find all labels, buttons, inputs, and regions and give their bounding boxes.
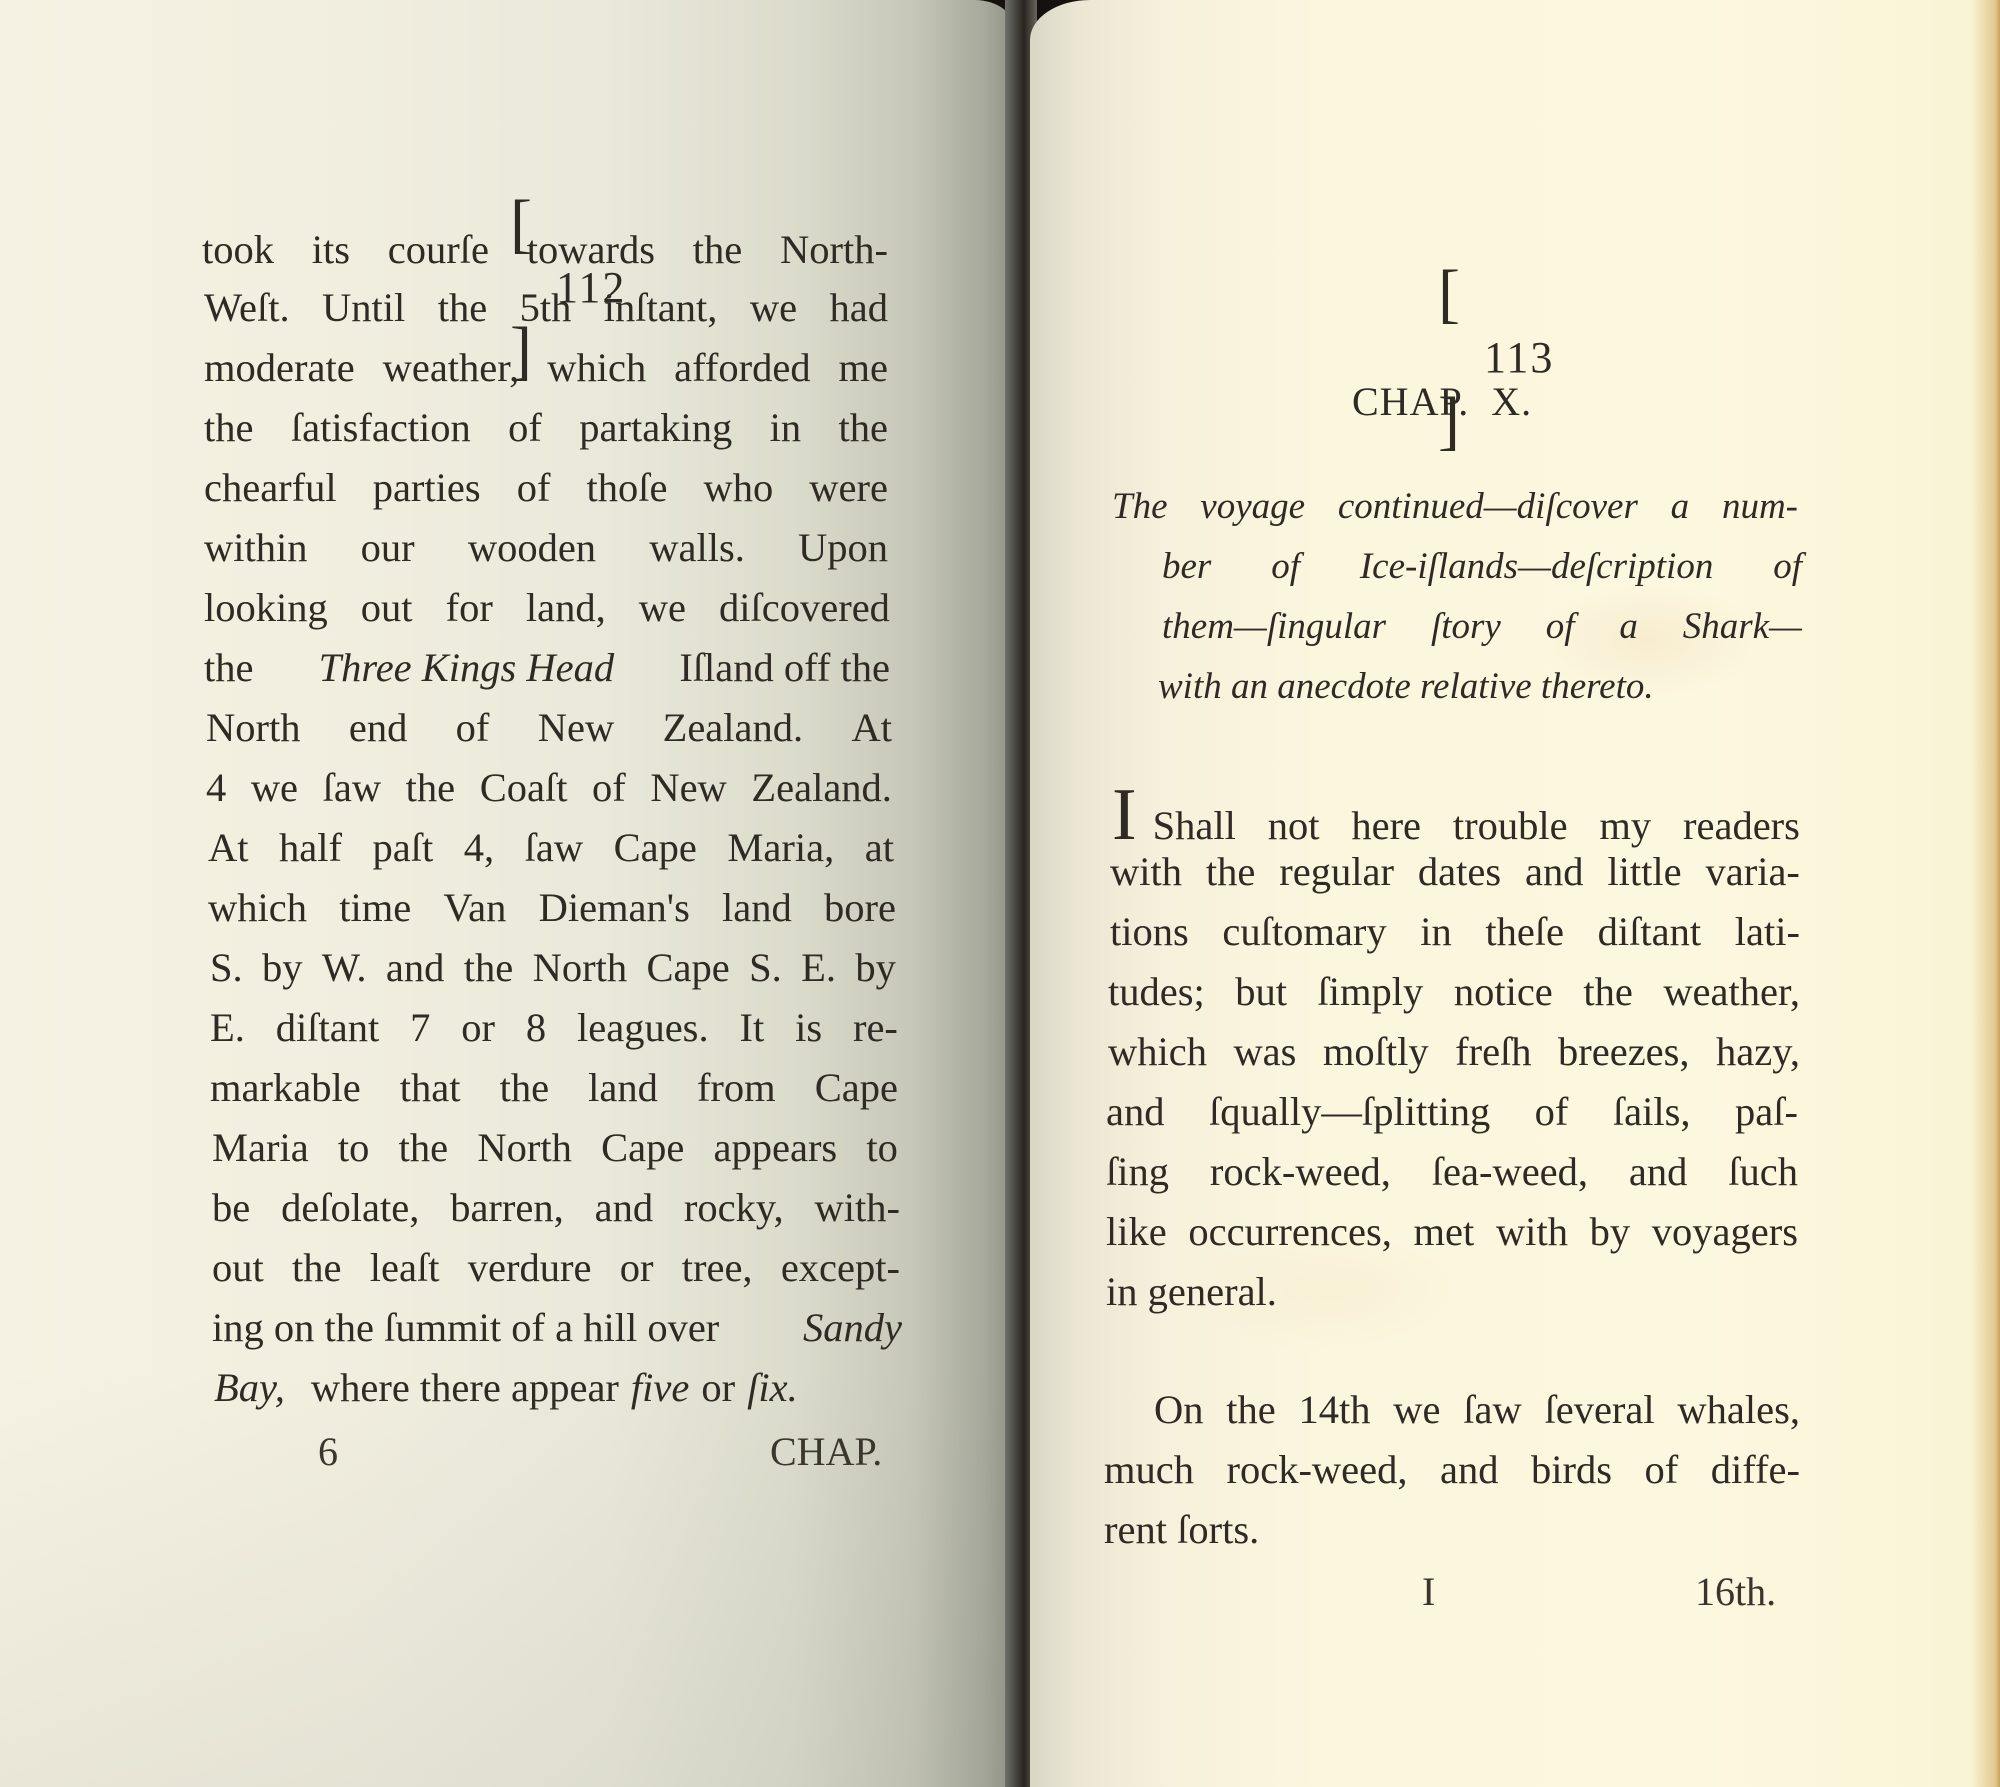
text-line: I Shallnotheretroublemyreaders: [1112, 778, 1800, 852]
word: tudes;: [1108, 968, 1205, 1015]
word: readers: [1683, 802, 1800, 849]
word: diſcovered: [719, 584, 890, 631]
word: the: [839, 404, 888, 451]
word: W.: [322, 944, 367, 991]
text-run: where there appear: [311, 1364, 619, 1411]
bracket-open: [: [1438, 257, 1462, 330]
word: bore: [824, 884, 896, 931]
text-line: andſqually—ſplittingofſails,paſ-: [1106, 1088, 1798, 1135]
summary-line: with an anecdote relative thereto.: [1158, 665, 1654, 708]
page-number-value: 113: [1484, 333, 1554, 382]
text-line: S.byW.andtheNorthCapeS.E.by: [210, 944, 896, 991]
word: markable: [210, 1064, 361, 1111]
text-line: tionscuſtomaryintheſediſtantlati-: [1110, 908, 1800, 955]
word: occurrences,: [1188, 1208, 1392, 1255]
text-line: Onthe14thweſawſeveralwhales,: [1154, 1386, 1800, 1433]
word: 14th: [1298, 1386, 1370, 1433]
word: ſaw: [1463, 1386, 1521, 1433]
word: end: [349, 704, 407, 751]
word: we: [750, 284, 797, 331]
word: time: [339, 884, 411, 931]
word: except-: [781, 1244, 900, 1291]
text-run: Iſland off the: [679, 644, 890, 691]
text-line: E.diſtant7or8leagues.Itisre-: [210, 1004, 898, 1051]
word: At: [208, 824, 249, 871]
catchword: CHAP.: [770, 1428, 882, 1475]
word: took: [202, 226, 274, 273]
italic-place-name: Sandy: [803, 1304, 902, 1351]
word: here: [1351, 802, 1421, 849]
word: ſaw: [323, 764, 381, 811]
word: were: [809, 464, 888, 511]
word: for: [446, 584, 493, 631]
word: theſe: [1485, 908, 1564, 955]
text-line: lookingoutforland,wediſcovered: [204, 584, 890, 631]
word: wooden: [468, 524, 596, 571]
word: of: [1271, 545, 1300, 588]
word: a: [1671, 485, 1690, 528]
word: of: [517, 464, 551, 511]
word: is: [795, 1004, 822, 1051]
word: by: [262, 944, 303, 991]
word: Upon: [798, 524, 888, 571]
word: diſtant: [1598, 908, 1702, 955]
word: 7: [410, 1004, 430, 1051]
text-line: whichtimeVanDieman'slandbore: [208, 884, 896, 931]
word: walls.: [649, 524, 745, 571]
word: appears: [714, 1124, 838, 1171]
word: On: [1154, 1386, 1204, 1433]
word: Van: [443, 884, 506, 931]
summary-line: Thevoyagecontinued—diſcoveranum-: [1112, 485, 1798, 528]
word: its: [312, 226, 350, 273]
text-run: Shallnotheretroublemyreaders: [1153, 802, 1800, 849]
word: varia-: [1705, 848, 1799, 895]
word: in: [770, 404, 802, 451]
word: Coaſt: [480, 764, 568, 811]
word: North: [533, 944, 628, 991]
text-line: withtheregulardatesandlittlevaria-: [1110, 848, 1800, 895]
word: 8: [526, 1004, 546, 1051]
word: me: [839, 344, 888, 391]
chapter-heading: CHAP. X.: [1352, 378, 1532, 425]
word: E.: [801, 944, 836, 991]
text-run: the: [204, 644, 253, 691]
catchword: 16th.: [1695, 1568, 1776, 1615]
word: the: [204, 404, 253, 451]
signature-mark: 6: [318, 1428, 338, 1475]
word: freſh: [1455, 1028, 1531, 1075]
word: which: [208, 884, 307, 931]
word: Maria,: [727, 824, 834, 871]
word: 4,: [464, 824, 494, 871]
word: them—ſingular: [1162, 605, 1386, 648]
word: courſe: [388, 226, 489, 273]
word: num-: [1722, 485, 1798, 528]
word: my: [1599, 802, 1651, 849]
word: land: [722, 884, 792, 931]
word: diffe-: [1711, 1446, 1800, 1493]
text-line: MariatotheNorthCapeappearsto: [212, 1124, 898, 1171]
word: of: [592, 764, 626, 811]
drop-cap: I: [1112, 778, 1137, 852]
word: leagues.: [577, 1004, 709, 1051]
word: rocky,: [684, 1184, 784, 1231]
word: of: [1773, 545, 1802, 588]
word: little: [1607, 848, 1681, 895]
word: trouble: [1453, 802, 1568, 849]
word: the: [693, 226, 742, 273]
word: 4: [206, 764, 226, 811]
word: the: [399, 1124, 448, 1171]
word: not: [1268, 802, 1320, 849]
word: Weſt.: [204, 284, 290, 331]
word: the: [1226, 1386, 1275, 1433]
text-line: tookitscourſetowardstheNorth-: [202, 226, 888, 273]
word: and: [1525, 848, 1583, 895]
word: partaking: [579, 404, 732, 451]
word: and: [1440, 1446, 1498, 1493]
word: towards: [527, 226, 655, 273]
word: by: [855, 944, 896, 991]
word: much: [1104, 1446, 1194, 1493]
word: tions: [1110, 908, 1189, 955]
word: The: [1112, 485, 1168, 528]
word: we: [251, 764, 298, 811]
summary-line: berofIce-iſlands—deſcriptionof: [1162, 545, 1802, 588]
word: continued—diſcover: [1338, 485, 1638, 528]
word: with: [1110, 848, 1182, 895]
text-line: in general.: [1106, 1268, 1277, 1315]
word: voyage: [1200, 485, 1305, 528]
word: the: [1583, 968, 1632, 1015]
word: ſaw: [525, 824, 583, 871]
word: weather,: [383, 344, 520, 391]
word: land: [588, 1064, 658, 1111]
word: the: [464, 944, 513, 991]
word: Ice-iſlands—deſcription: [1360, 545, 1714, 588]
word: North-: [780, 226, 888, 273]
word: barren,: [450, 1184, 564, 1231]
word: land,: [526, 584, 606, 631]
word: chearful: [204, 464, 337, 511]
word: and: [1629, 1148, 1687, 1195]
word: the: [406, 764, 455, 811]
text-line: 4weſawtheCoaſtofNewZealand.: [206, 764, 892, 811]
word: North: [477, 1124, 572, 1171]
word: ſimply: [1318, 968, 1424, 1015]
text-line: Athalfpaſt4,ſawCapeMaria,at: [208, 824, 894, 871]
word: 5th: [520, 284, 572, 331]
word: cuſtomary: [1222, 908, 1386, 955]
word: rock-weed,: [1226, 1446, 1407, 1493]
word: moſtly: [1323, 1028, 1429, 1075]
word: birds: [1531, 1446, 1612, 1493]
word: and: [1106, 1088, 1164, 1135]
text-line: outtheleaſtverdureortree,except-: [212, 1244, 900, 1291]
word: or: [620, 1244, 654, 1291]
word: At: [851, 704, 892, 751]
word: It: [739, 1004, 764, 1051]
word: who: [703, 464, 773, 511]
word: S.: [749, 944, 782, 991]
word: ſatisfaction: [291, 404, 471, 451]
word: Zealand.: [751, 764, 892, 811]
word: moderate: [204, 344, 355, 391]
word: notice: [1454, 968, 1553, 1015]
word: North: [206, 704, 301, 751]
word: Zealand.: [663, 704, 804, 751]
word: looking: [204, 584, 328, 631]
word: ſqually—ſplitting: [1209, 1088, 1490, 1135]
text-line: tudes;butſimplynoticetheweather,: [1108, 968, 1800, 1015]
word: met: [1414, 1208, 1475, 1255]
word: within: [204, 524, 308, 571]
word: New: [538, 704, 614, 751]
word: ſeveral: [1544, 1386, 1654, 1433]
word: by: [1590, 1208, 1631, 1255]
word: whales,: [1677, 1386, 1800, 1433]
word: be: [212, 1184, 250, 1231]
word: re-: [853, 1004, 898, 1051]
text-line: NorthendofNewZealand.At: [206, 704, 892, 751]
text-run: or: [701, 1364, 735, 1411]
word: rock-weed,: [1210, 1148, 1391, 1195]
text-line: the Three Kings Head Iſland off the: [204, 644, 890, 691]
word: diſtant: [276, 1004, 380, 1051]
word: half: [279, 824, 342, 871]
word: of: [1546, 605, 1575, 648]
right-page-number: [ 113 ]: [1360, 205, 1610, 510]
word: we: [639, 584, 686, 631]
word: the: [292, 1244, 341, 1291]
word: a: [1619, 605, 1638, 648]
text-line: likeoccurrences,metwithbyvoyagers: [1106, 1208, 1798, 1255]
word: to: [338, 1124, 370, 1171]
word: out: [361, 584, 413, 631]
word: Cape: [647, 944, 730, 991]
word: thoſe: [586, 464, 667, 511]
word: but: [1235, 968, 1287, 1015]
word: like: [1106, 1208, 1167, 1255]
word: afforded: [674, 344, 810, 391]
word: Dieman's: [539, 884, 690, 931]
italic-word: ſix.: [747, 1364, 798, 1411]
text-line: ing on the ſummit of a hill over Sandy: [212, 1304, 902, 1351]
word: leaſt: [370, 1244, 440, 1291]
text-line: rent ſorts.: [1104, 1506, 1259, 1553]
word: ber: [1162, 545, 1211, 588]
word: breezes,: [1558, 1028, 1690, 1075]
word: New: [650, 764, 726, 811]
word: with-: [814, 1184, 900, 1231]
word: deſolate,: [281, 1184, 419, 1231]
text-line: muchrock-weed,andbirdsofdiffe-: [1104, 1446, 1800, 1493]
text-line: chearfulpartiesofthoſewhowere: [204, 464, 888, 511]
text-line: Weſt.Untilthe5thinſtant,wehad: [204, 284, 888, 331]
italic-place-name: Three Kings Head: [319, 644, 614, 691]
word: paſt: [373, 824, 434, 871]
word: which: [1108, 1028, 1207, 1075]
text-line: bedeſolate,barren,androcky,with-: [212, 1184, 900, 1231]
italic-word: five: [631, 1364, 689, 1411]
text-line: whichwasmoſtlyfreſhbreezes,hazy,: [1108, 1028, 1800, 1075]
word: inſtant,: [604, 284, 718, 331]
word: that: [400, 1064, 461, 1111]
word: ſing: [1106, 1148, 1169, 1195]
text-line: withinourwoodenwalls.Upon: [204, 524, 888, 571]
word: verdure: [468, 1244, 592, 1291]
word: dates: [1418, 848, 1501, 895]
word: we: [1393, 1386, 1440, 1433]
word: the: [438, 284, 487, 331]
word: and: [386, 944, 444, 991]
word: ſuch: [1728, 1148, 1798, 1195]
word: parties: [373, 464, 481, 511]
word: and: [595, 1184, 653, 1231]
word: the: [500, 1064, 549, 1111]
word: in: [1420, 908, 1452, 955]
word: Shark—: [1683, 605, 1802, 648]
word: was: [1233, 1028, 1296, 1075]
word: ſails,: [1613, 1088, 1691, 1135]
word: or: [461, 1004, 495, 1051]
word: Shall: [1153, 802, 1236, 849]
word: ſea-weed,: [1432, 1148, 1588, 1195]
word: E.: [210, 1004, 245, 1051]
word: of: [456, 704, 490, 751]
word: Cape: [601, 1124, 684, 1171]
word: Cape: [815, 1064, 898, 1111]
word: at: [865, 824, 894, 871]
right-page: [ 113 ] CHAP. X. Thevoyagecontinued—diſc…: [1030, 0, 2000, 1787]
text-line: Bay, where there appear five or ſix.: [214, 1364, 904, 1411]
word: to: [866, 1124, 898, 1171]
word: ſtory: [1431, 605, 1501, 648]
word: Until: [322, 284, 405, 331]
word: paſ-: [1735, 1088, 1798, 1135]
word: Maria: [212, 1124, 309, 1171]
word: weather,: [1663, 968, 1800, 1015]
word: lati-: [1735, 908, 1800, 955]
word: regular: [1279, 848, 1394, 895]
book-spread: [ 112 ] tookitscourſetowardstheNorth- We…: [0, 0, 2000, 1787]
word: which: [547, 344, 646, 391]
text-run: ing on the ſummit of a hill over: [212, 1304, 719, 1351]
word: S.: [210, 944, 243, 991]
word: our: [361, 524, 415, 571]
word: voyagers: [1652, 1208, 1798, 1255]
word: the: [1206, 848, 1255, 895]
text-line: theſatisfactionofpartakinginthe: [204, 404, 888, 451]
word: out: [212, 1244, 264, 1291]
word: from: [697, 1064, 776, 1111]
italic-place-name: Bay,: [214, 1364, 285, 1411]
word: hazy,: [1716, 1028, 1800, 1075]
summary-line: them—ſingularſtoryofaShark—: [1162, 605, 1802, 648]
word: tree,: [682, 1244, 753, 1291]
word: had: [830, 284, 888, 331]
text-line: moderateweather,whichaffordedme: [204, 344, 888, 391]
word: of: [1645, 1446, 1679, 1493]
text-line: ſingrock-weed,ſea-weed,andſuch: [1106, 1148, 1798, 1195]
word: of: [1535, 1088, 1569, 1135]
word: of: [508, 404, 542, 451]
signature-mark: I: [1422, 1568, 1435, 1615]
word: with: [1496, 1208, 1568, 1255]
text-line: markablethatthelandfromCape: [210, 1064, 898, 1111]
left-page: [ 112 ] tookitscourſetowardstheNorth- We…: [0, 0, 1015, 1787]
word: Cape: [614, 824, 697, 871]
